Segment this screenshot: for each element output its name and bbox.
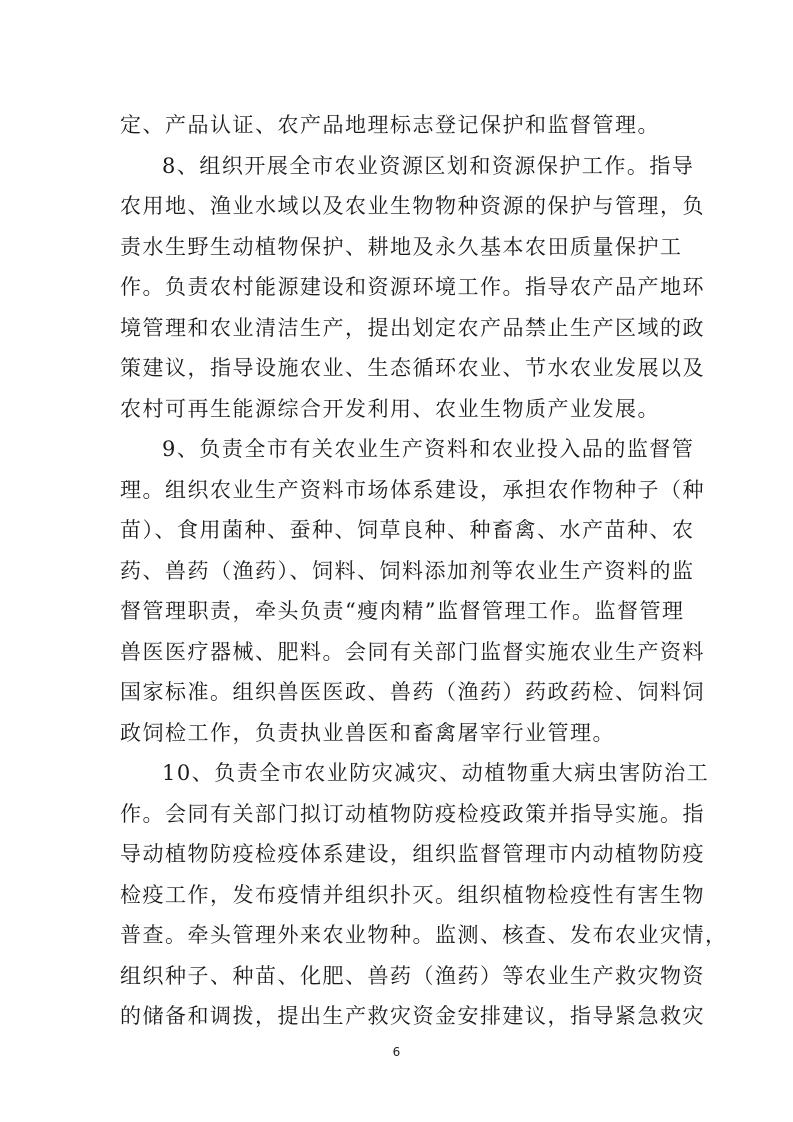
paragraph-10-start: 10、负责全市农业防灾减灾、动植物重大病虫害防治工 [120,753,676,794]
text-line: 药、兽药（渔药）、饲料、饲料添加剂等农业生产资料的监 [120,551,676,592]
text-line: 兽医医疗器械、肥料。会同有关部门监督实施农业生产资料 [120,632,676,673]
paragraph-8-start: 8、组织开展全市农业资源区划和资源保护工作。指导 [120,146,676,187]
text-line: 督管理职责，牵头负责“瘦肉精”监督管理工作。监督管理 [120,591,676,632]
text-line: 定、产品认证、农产品地理标志登记保护和监督管理。 [120,105,676,146]
body-text: 定、产品认证、农产品地理标志登记保护和监督管理。 8、组织开展全市农业资源区划和… [120,105,676,1037]
text-line: 理。组织农业生产资料市场体系建设，承担农作物种子（种 [120,470,676,511]
text-line: 政饲检工作，负责执业兽医和畜禽屠宰行业管理。 [120,713,676,754]
text-line: 检疫工作，发布疫情并组织扑灭。组织植物检疫性有害生物 [120,875,676,916]
document-page: 定、产品认证、农产品地理标志登记保护和监督管理。 8、组织开展全市农业资源区划和… [0,0,793,1122]
text-line: 农村可再生能源综合开发利用、农业生物质产业发展。 [120,389,676,430]
text-line: 苗）、食用菌种、蚕种、饲草良种、种畜禽、水产苗种、农 [120,510,676,551]
paragraph-9-start: 9、负责全市有关农业生产资料和农业投入品的监督管 [120,429,676,470]
text-line: 导动植物防疫检疫体系建设，组织监督管理市内动植物防疫 [120,834,676,875]
text-line: 境管理和农业清洁生产，提出划定农产品禁止生产区域的政 [120,308,676,349]
text-line: 作。负责农村能源建设和资源环境工作。指导农产品产地环 [120,267,676,308]
text-line: 普查。牵头管理外来农业物种。监测、核查、发布农业灾情， [120,915,676,956]
text-line: 组织种子、种苗、化肥、兽药（渔药）等农业生产救灾物资 [120,956,676,997]
text-line: 策建议，指导设施农业、生态循环农业、节水农业发展以及 [120,348,676,389]
page-number: 6 [0,1045,793,1059]
text-line: 责水生野生动植物保护、耕地及永久基本农田质量保护工 [120,227,676,268]
text-line: 作。会同有关部门拟订动植物防疫检疫政策并指导实施。指 [120,794,676,835]
text-line: 国家标准。组织兽医医政、兽药（渔药）药政药检、饲料饲 [120,672,676,713]
text-line: 的储备和调拨，提出生产救灾资金安排建议，指导紧急救灾 [120,996,676,1037]
text-line: 农用地、渔业水域以及农业生物物种资源的保护与管理，负 [120,186,676,227]
